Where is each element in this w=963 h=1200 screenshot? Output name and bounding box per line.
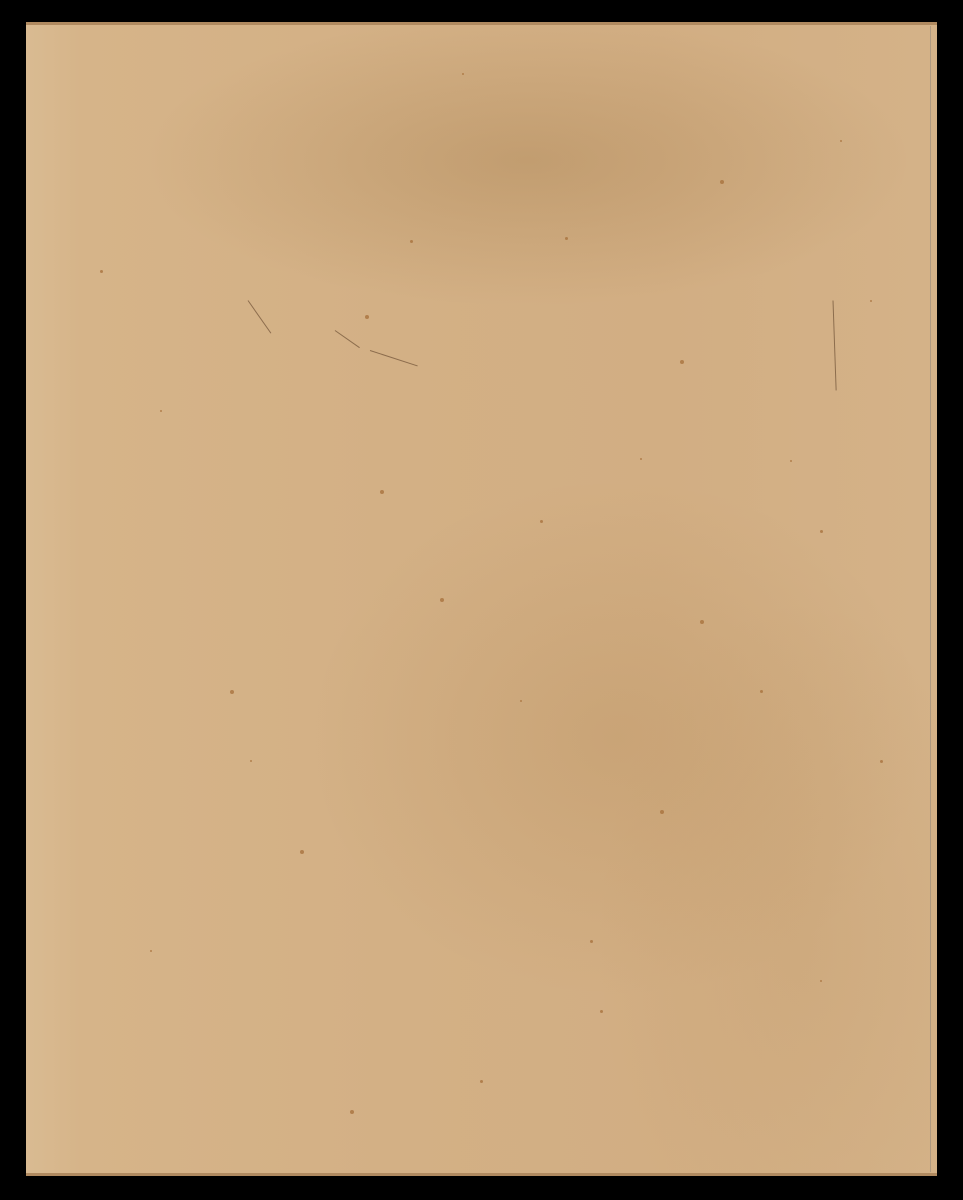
foxing-speck — [150, 950, 152, 952]
foxing-speck — [462, 73, 464, 75]
foxing-speck — [590, 940, 593, 943]
foxing-speck — [790, 460, 792, 462]
foxing-speck — [660, 810, 664, 814]
paper-scratch — [370, 350, 418, 366]
paper-scratch — [248, 300, 272, 333]
foxing-speck — [680, 360, 684, 364]
foxing-speck — [230, 690, 234, 694]
page-edge — [930, 26, 931, 1172]
paper-scratch — [335, 330, 360, 348]
foxing-speck — [820, 530, 823, 533]
foxing-speck — [565, 237, 568, 240]
foxing-speck — [700, 620, 704, 624]
foxing-speck — [300, 850, 304, 854]
foxing-speck — [410, 240, 413, 243]
foxing-speck — [760, 690, 763, 693]
scan-background — [0, 0, 963, 1200]
foxing-speck — [440, 598, 444, 602]
foxing-speck — [870, 300, 872, 302]
foxing-speck — [540, 520, 543, 523]
foxing-speck — [100, 270, 103, 273]
foxing-speck — [880, 760, 883, 763]
foxing-speck — [640, 458, 642, 460]
foxing-speck — [720, 180, 724, 184]
foxing-speck — [250, 760, 252, 762]
foxing-speck — [480, 1080, 483, 1083]
foxing-speck — [600, 1010, 603, 1013]
foxing-speck — [520, 700, 522, 702]
paper-scratch — [833, 300, 837, 390]
foxing-speck — [840, 140, 842, 142]
foxing-speck — [160, 410, 162, 412]
foxing-speck — [820, 980, 822, 982]
blank-paper-page — [26, 22, 937, 1176]
foxing-speck — [350, 1110, 354, 1114]
foxing-speck — [380, 490, 384, 494]
foxing-speck — [365, 315, 369, 319]
